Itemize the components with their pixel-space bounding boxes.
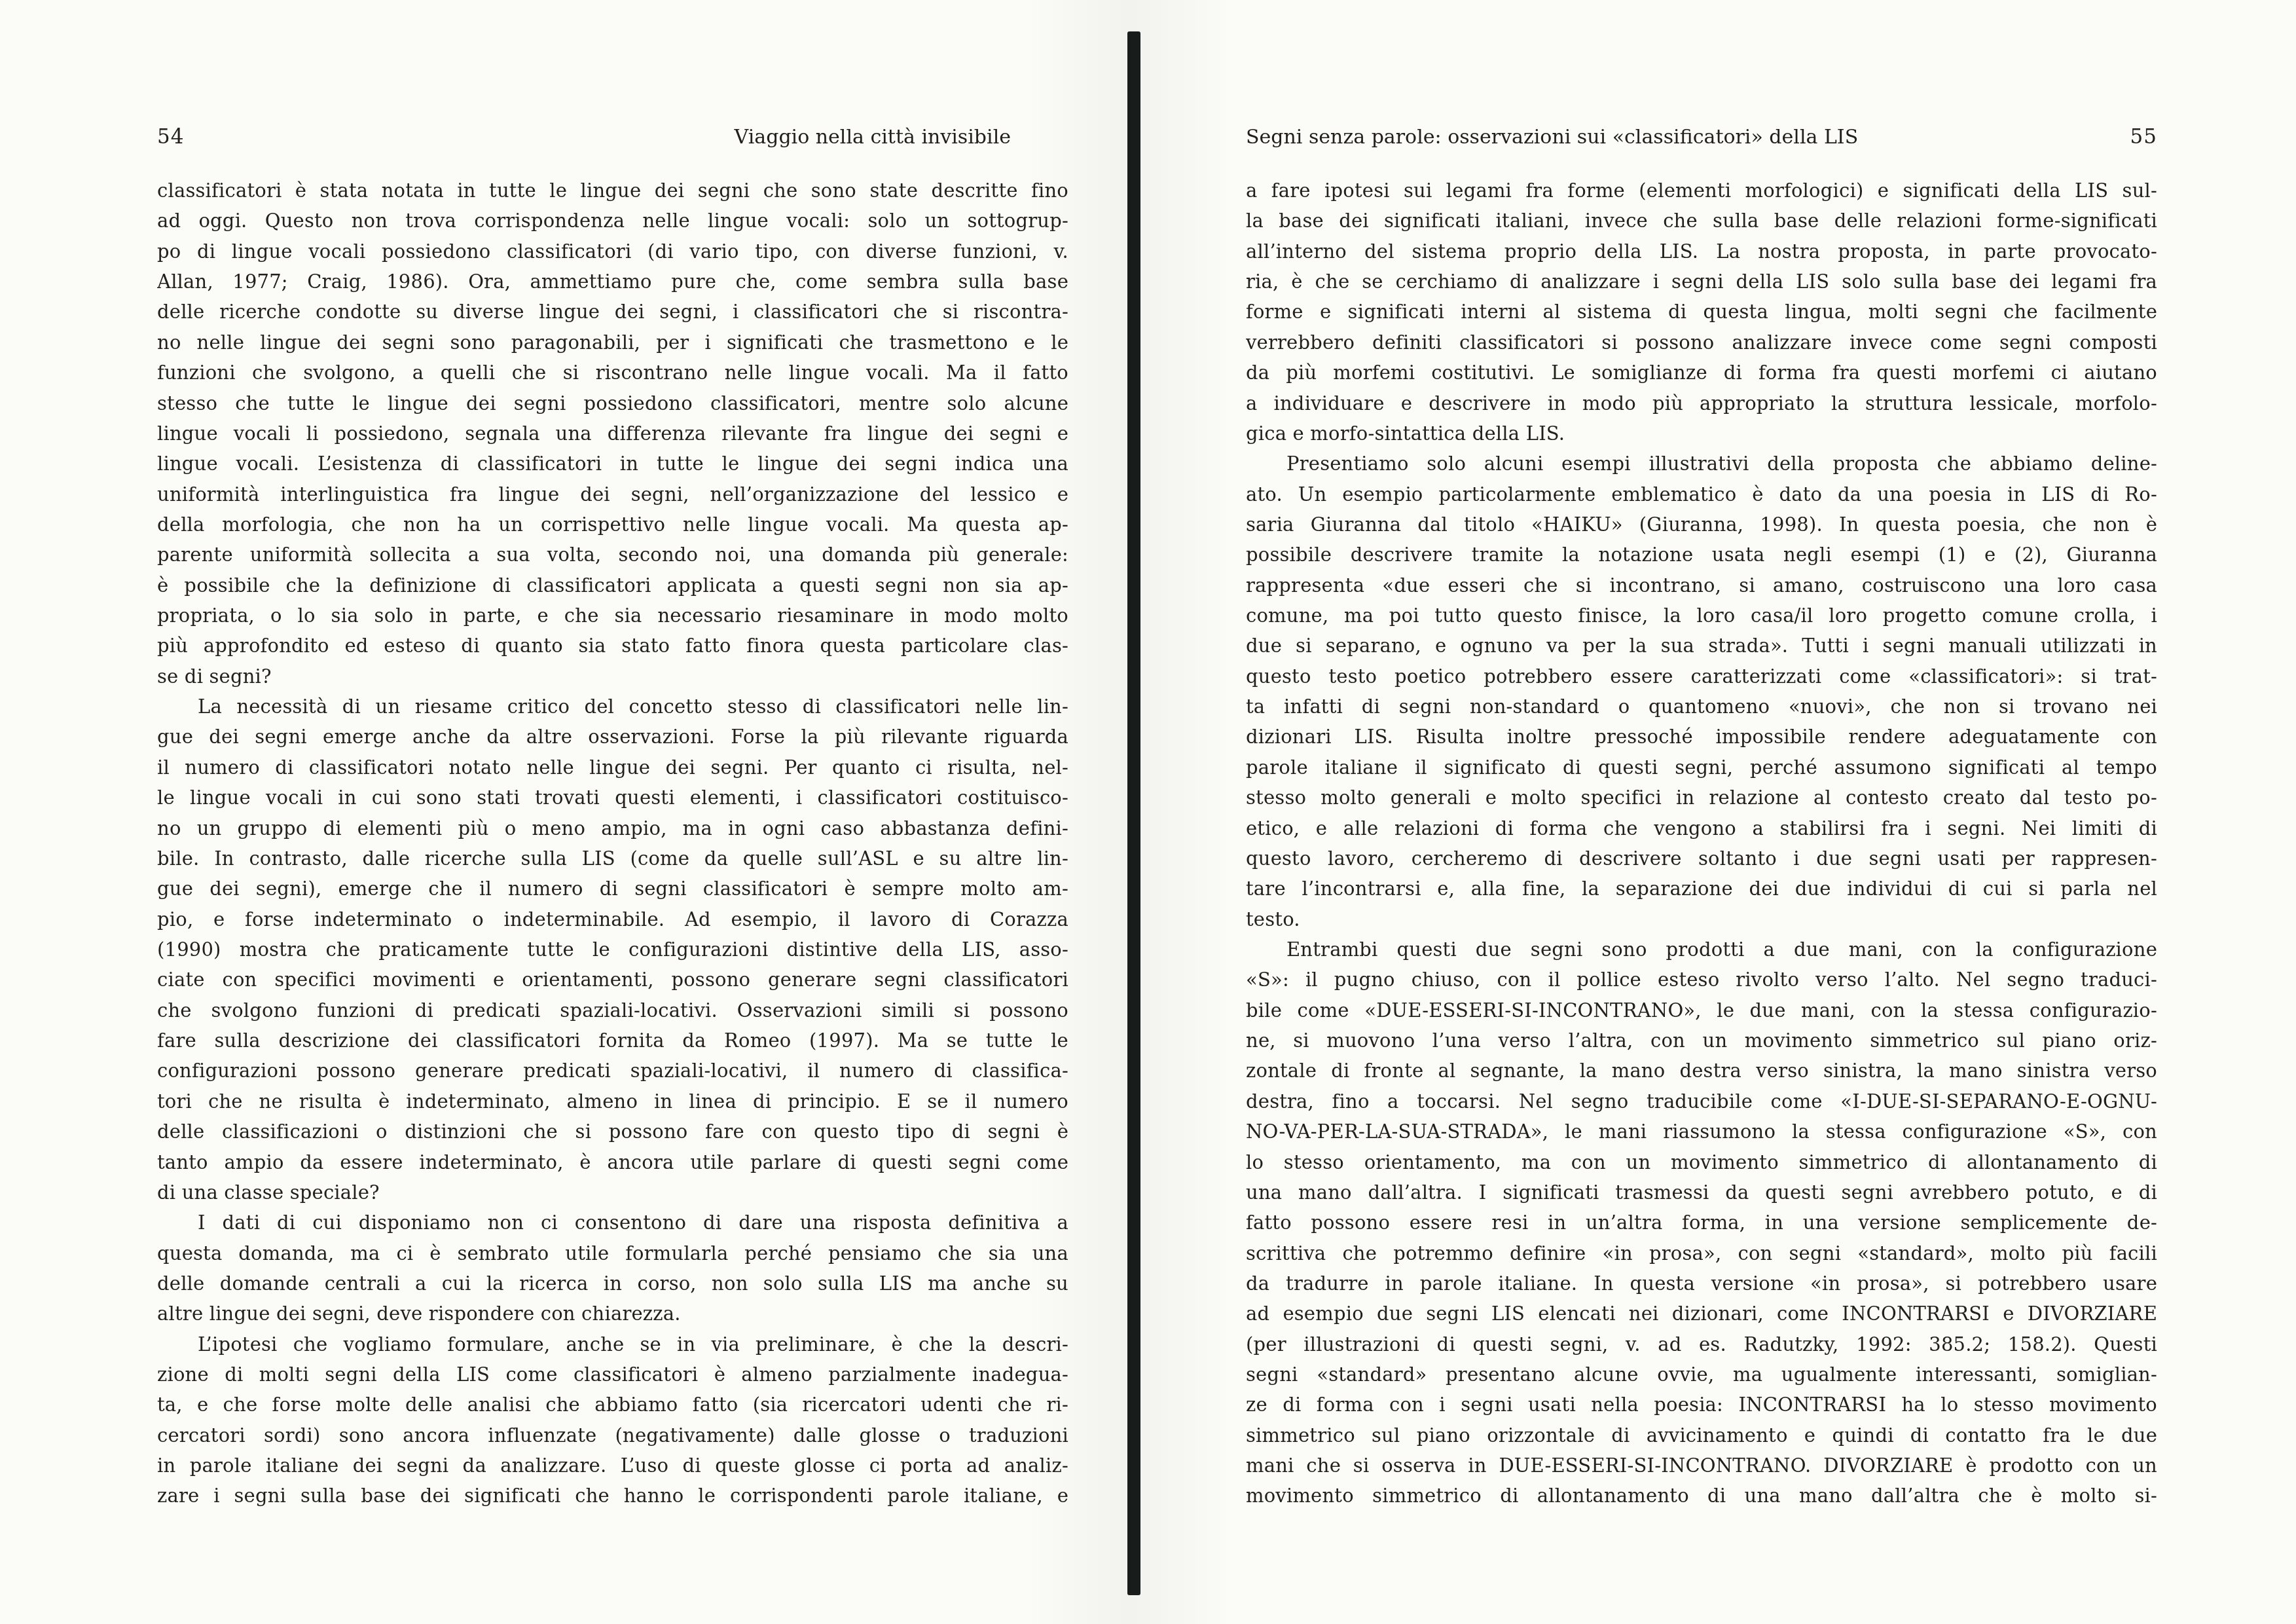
text-line: possibile descrivere tramite la notazion…: [1246, 540, 2157, 570]
running-head-left: 54 Viaggio nella città invisibile: [157, 125, 1068, 149]
text-line: movimento simmetrico di allontanamento d…: [1246, 1481, 2157, 1511]
text-line: zare i segni sulla base dei significati …: [157, 1481, 1068, 1511]
text-line: da tradurre in parole italiane. In quest…: [1246, 1268, 2157, 1299]
text-line: gica e morfo-sintattica della LIS.: [1246, 418, 2157, 449]
text-line: propriata, o lo sia solo in parte, e che…: [157, 600, 1068, 631]
text-line: Entrambi questi due segni sono prodotti …: [1246, 934, 2157, 965]
text-line: bile. In contrasto, dalle ricerche sulla…: [157, 843, 1068, 874]
text-line: mani che si osserva in DUE-ESSERI-SI-INC…: [1246, 1450, 2157, 1481]
text-line: scrittiva che potremmo definire «in pros…: [1246, 1238, 2157, 1268]
text-line: stesso molto generali e molto specifici …: [1246, 783, 2157, 813]
text-line: rappresenta «due esseri che si incontran…: [1246, 570, 2157, 600]
text-line: Presentiamo solo alcuni esempi illustrat…: [1246, 449, 2157, 479]
text-line: gue dei segni), emerge che il numero di …: [157, 874, 1068, 904]
text-line: gue dei segni emerge anche da altre osse…: [157, 722, 1068, 752]
running-head-title-right: Segni senza parole: osservazioni sui «cl…: [1246, 126, 1858, 149]
text-line: NO-VA-PER-LA-SUA-STRADA», le mani riassu…: [1246, 1116, 2157, 1147]
text-line: ne, si muovono l’una verso l’altra, con …: [1246, 1025, 2157, 1056]
page-left-text: classificatori è stata notata in tutte l…: [157, 175, 1068, 1511]
text-line: configurazioni possono generare predicat…: [157, 1056, 1068, 1086]
text-line: uniformità interlinguistica fra lingue d…: [157, 479, 1068, 509]
page-number-left: 54: [157, 125, 184, 149]
text-line: una mano dall’altra. I significati trasm…: [1246, 1177, 2157, 1208]
text-line: forme e significati interni al sistema d…: [1246, 297, 2157, 327]
text-line: dizionari LIS. Risulta inoltre pressoché…: [1246, 722, 2157, 752]
text-line: I dati di cui disponiamo non ci consento…: [157, 1208, 1068, 1238]
text-line: segni «standard» presentano alcune ovvie…: [1246, 1359, 2157, 1390]
text-line: delle domande centrali a cui la ricerca …: [157, 1268, 1068, 1299]
text-line: stesso che tutte le lingue dei segni pos…: [157, 388, 1068, 418]
text-line: tare l’incontrarsi e, alla fine, la sepa…: [1246, 874, 2157, 904]
text-line: della morfologia, che non ha un corrispe…: [157, 509, 1068, 540]
text-line: altre lingue dei segni, deve rispondere …: [157, 1299, 1068, 1329]
text-line: destra, fino a toccarsi. Nel segno tradu…: [1246, 1086, 2157, 1116]
text-line: da più morfemi costitutivi. Le somiglian…: [1246, 358, 2157, 388]
text-line: «S»: il pugno chiuso, con il pollice est…: [1246, 965, 2157, 995]
text-line: tanto ampio da essere indeterminato, è a…: [157, 1147, 1068, 1177]
text-line: verrebbero definiti classificatori si po…: [1246, 327, 2157, 358]
text-line: ta, e che forse molte delle analisi che …: [157, 1390, 1068, 1420]
text-line: questo lavoro, cercheremo di descrivere …: [1246, 843, 2157, 874]
text-line: lingue vocali. L’esistenza di classifica…: [157, 449, 1068, 479]
text-line: parente uniformità sollecita a sua volta…: [157, 540, 1068, 570]
text-line: ad esempio due segni LIS elencati nei di…: [1246, 1299, 2157, 1329]
text-line: zione di molti segni della LIS come clas…: [157, 1359, 1068, 1390]
text-line: fare sulla descrizione dei classificator…: [157, 1025, 1068, 1056]
text-line: funzioni che svolgono, a quelli che si r…: [157, 358, 1068, 388]
text-line: più approfondito ed esteso di quanto sia…: [157, 631, 1068, 661]
book-spread: 54 Viaggio nella città invisibile classi…: [0, 0, 2296, 1624]
page-number-right: 55: [2130, 125, 2157, 149]
text-line: il numero di classificatori notato nelle…: [157, 752, 1068, 783]
text-line: parole italiane il significato di questi…: [1246, 752, 2157, 783]
text-line: delle classificazioni o distinzioni che …: [157, 1116, 1068, 1147]
text-line: se di segni?: [157, 661, 1068, 692]
running-head-title-left: Viaggio nella città invisibile: [735, 126, 1068, 149]
text-line: le lingue vocali in cui sono stati trova…: [157, 783, 1068, 813]
text-line: comune, ma poi tutto questo finisce, la …: [1246, 600, 2157, 631]
text-line: ciate con specifici movimenti e orientam…: [157, 965, 1068, 995]
text-line: questa domanda, ma ci è sembrato utile f…: [157, 1238, 1068, 1268]
text-line: etico, e alle relazioni di forma che ven…: [1246, 813, 2157, 843]
running-head-right: Segni senza parole: osservazioni sui «cl…: [1246, 125, 2157, 149]
text-line: ato. Un esempio particolarmente emblemat…: [1246, 479, 2157, 509]
text-line: la base dei significati italiani, invece…: [1246, 206, 2157, 236]
text-line: tori che ne risulta è indeterminato, alm…: [157, 1086, 1068, 1116]
text-line: po di lingue vocali possiedono classific…: [157, 236, 1068, 267]
page-right: Segni senza parole: osservazioni sui «cl…: [1165, 0, 2296, 1624]
page-right-text: a fare ipotesi sui legami fra forme (ele…: [1246, 175, 2157, 1511]
gutter-divider: [1127, 31, 1140, 1595]
text-line: Allan, 1977; Craig, 1986). Ora, ammettia…: [157, 267, 1068, 297]
text-line: testo.: [1246, 904, 2157, 934]
text-line: cercatori sordi) sono ancora influenzate…: [157, 1420, 1068, 1450]
text-line: fatto possono essere resi in un’altra fo…: [1246, 1208, 2157, 1238]
text-line: La necessità di un riesame critico del c…: [157, 692, 1068, 722]
text-line: all’interno del sistema proprio della LI…: [1246, 236, 2157, 267]
text-line: saria Giuranna dal titolo «HAIKU» (Giura…: [1246, 509, 2157, 540]
text-line: che svolgono funzioni di predicati spazi…: [157, 995, 1068, 1025]
text-line: (1990) mostra che praticamente tutte le …: [157, 934, 1068, 965]
text-line: (per illustrazioni di questi segni, v. a…: [1246, 1329, 2157, 1359]
text-line: è possibile che la definizione di classi…: [157, 570, 1068, 600]
text-line: no nelle lingue dei segni sono paragonab…: [157, 327, 1068, 358]
text-line: classificatori è stata notata in tutte l…: [157, 175, 1068, 206]
text-line: due si separano, e ognuno va per la sua …: [1246, 631, 2157, 661]
text-line: L’ipotesi che vogliamo formulare, anche …: [157, 1329, 1068, 1359]
text-line: no un gruppo di elementi più o meno ampi…: [157, 813, 1068, 843]
text-line: ria, è che se cerchiamo di analizzare i …: [1246, 267, 2157, 297]
text-line: ad oggi. Questo non trova corrispondenza…: [157, 206, 1068, 236]
text-line: simmetrico sul piano orizzontale di avvi…: [1246, 1420, 2157, 1450]
text-line: lingue vocali li possiedono, segnala una…: [157, 418, 1068, 449]
text-line: pio, e forse indeterminato o indetermina…: [157, 904, 1068, 934]
text-line: in parole italiane dei segni da analizza…: [157, 1450, 1068, 1481]
text-line: ta infatti di segni non-standard o quant…: [1246, 692, 2157, 722]
page-left: 54 Viaggio nella città invisibile classi…: [0, 0, 1113, 1624]
text-line: bile come «DUE-ESSERI-SI-INCONTRANO», le…: [1246, 995, 2157, 1025]
text-line: a individuare e descrivere in modo più a…: [1246, 388, 2157, 418]
text-line: questo testo poetico potrebbero essere c…: [1246, 661, 2157, 692]
text-line: di una classe speciale?: [157, 1177, 1068, 1208]
text-line: ze di forma con i segni usati nella poes…: [1246, 1390, 2157, 1420]
text-line: lo stesso orientamento, ma con un movime…: [1246, 1147, 2157, 1177]
text-line: delle ricerche condotte su diverse lingu…: [157, 297, 1068, 327]
text-line: zontale di fronte al segnante, la mano d…: [1246, 1056, 2157, 1086]
text-line: a fare ipotesi sui legami fra forme (ele…: [1246, 175, 2157, 206]
